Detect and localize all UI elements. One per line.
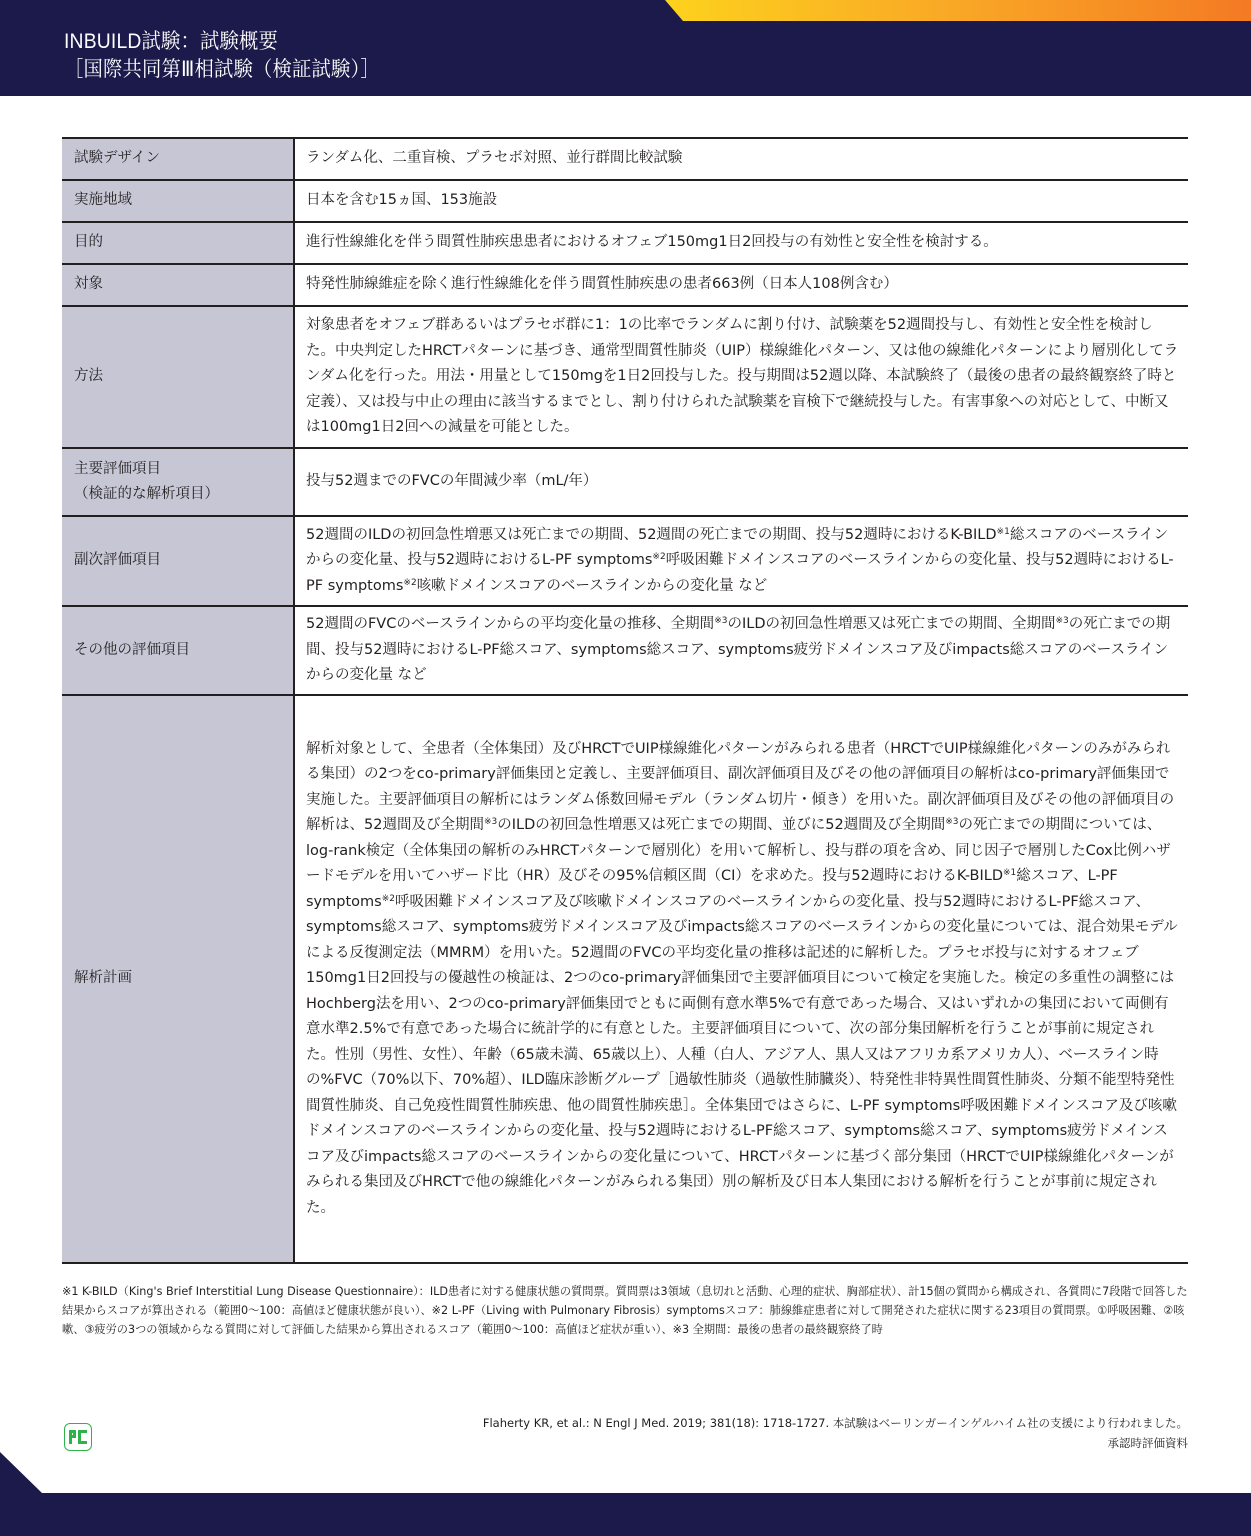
pc-logo-glyph (68, 1429, 88, 1445)
row-value: 52週間のFVCのベースラインからの平均変化量の推移、全期間※3のILDの初回急… (294, 606, 1188, 695)
footnote-ref: ※3 (945, 817, 958, 827)
row-value: 解析対象として、全患者（全体集団）及びHRCTでUIP様線維化パターンがみられる… (294, 695, 1188, 1263)
row-value: 対象患者をオフェブ群あるいはプラセボ群に1：1の比率でランダムに割り付け、試験薬… (294, 306, 1188, 448)
table-row: 主要評価項目 （検証的な解析項目） 投与52週までのFVCの年間減少率（mL/年… (62, 448, 1188, 516)
table-row: その他の評価項目 52週間のFVCのベースラインからの平均変化量の推移、全期間※… (62, 606, 1188, 695)
row-label: 目的 (62, 222, 294, 264)
row-label: 方法 (62, 306, 294, 448)
table-row: 試験デザイン ランダム化、二重盲検、プラセボ対照、並行群間比較試験 (62, 138, 1188, 180)
footnote-ref: ※3 (1056, 616, 1069, 626)
table-row: 方法 対象患者をオフェブ群あるいはプラセボ群に1：1の比率でランダムに割り付け、… (62, 306, 1188, 448)
row-label: 主要評価項目 （検証的な解析項目） (62, 448, 294, 516)
page-title: INBUILD試験：試験概要 (64, 25, 278, 55)
row-value: 進行性線維化を伴う間質性肺疾患患者におけるオフェブ150mg1日2回投与の有効性… (294, 222, 1188, 264)
trial-overview-table: 試験デザイン ランダム化、二重盲検、プラセボ対照、並行群間比較試験 実施地域 日… (62, 137, 1188, 1264)
text-segment: のILDの初回急性増悪又は死亡までの期間、並びに52週間及び全期間 (497, 817, 945, 833)
row-value: 52週間のILDの初回急性増悪又は死亡までの期間、52週間の死亡までの期間、投与… (294, 516, 1188, 606)
row-label-sub: （検証的な解析項目） (74, 482, 283, 508)
row-label: その他の評価項目 (62, 606, 294, 695)
row-label-main: 主要評価項目 (74, 457, 283, 483)
footnote-ref: ※2 (403, 578, 416, 588)
footnote-ref: ※2 (382, 894, 395, 904)
row-value: 日本を含む15ヵ国、153施設 (294, 180, 1188, 222)
citation: Flaherty KR, et al.: N Engl J Med. 2019;… (483, 1413, 1188, 1453)
page-subtitle: ［国際共同第Ⅲ相試験（検証試験）］ (64, 53, 380, 83)
pc-logo-icon (64, 1423, 92, 1451)
row-value: 投与52週までのFVCの年間減少率（mL/年） (294, 448, 1188, 516)
row-label: 解析計画 (62, 695, 294, 1263)
footnote-ref: ※3 (484, 817, 497, 827)
row-label: 試験デザイン (62, 138, 294, 180)
page-header: INBUILD試験：試験概要 ［国際共同第Ⅲ相試験（検証試験）］ (0, 0, 1251, 96)
footnotes: ※1 K-BILD（King's Brief Interstitial Lung… (62, 1282, 1190, 1339)
header-accent-stripe (665, 0, 1251, 21)
row-label: 対象 (62, 264, 294, 306)
text-segment: 咳嗽ドメインスコアのベースラインからの変化量 など (417, 578, 768, 594)
row-label: 実施地域 (62, 180, 294, 222)
footnote-ref: ※2 (652, 552, 665, 562)
table-row: 解析計画 解析対象として、全患者（全体集団）及びHRCTでUIP様線維化パターン… (62, 695, 1188, 1263)
table-row: 実施地域 日本を含む15ヵ国、153施設 (62, 180, 1188, 222)
citation-source: 承認時評価資料 (483, 1433, 1188, 1453)
footnote-ref: ※1 (997, 527, 1010, 537)
row-value: 特発性肺線維症を除く進行性線維化を伴う間質性肺疾患の患者663例（日本人108例… (294, 264, 1188, 306)
text-segment: 52週間のFVCのベースラインからの平均変化量の推移、全期間 (306, 616, 714, 632)
table-row: 対象 特発性肺線維症を除く進行性線維化を伴う間質性肺疾患の患者663例（日本人1… (62, 264, 1188, 306)
footnote-ref: ※3 (714, 616, 727, 626)
row-label: 副次評価項目 (62, 516, 294, 606)
text-segment: 52週間のILDの初回急性増悪又は死亡までの期間、52週間の死亡までの期間、投与… (306, 527, 997, 543)
row-value: ランダム化、二重盲検、プラセボ対照、並行群間比較試験 (294, 138, 1188, 180)
text-segment: 呼吸困難ドメインスコア及び咳嗽ドメインスコアのベースラインからの変化量、投与52… (306, 894, 1178, 1216)
footer-band (0, 1452, 1251, 1536)
table-row: 目的 進行性線維化を伴う間質性肺疾患患者におけるオフェブ150mg1日2回投与の… (62, 222, 1188, 264)
footnote-ref: ※1 (1003, 868, 1016, 878)
citation-reference: Flaherty KR, et al.: N Engl J Med. 2019;… (483, 1413, 1188, 1433)
table-row: 副次評価項目 52週間のILDの初回急性増悪又は死亡までの期間、52週間の死亡ま… (62, 516, 1188, 606)
text-segment: のILDの初回急性増悪又は死亡までの期間、全期間 (727, 616, 1055, 632)
